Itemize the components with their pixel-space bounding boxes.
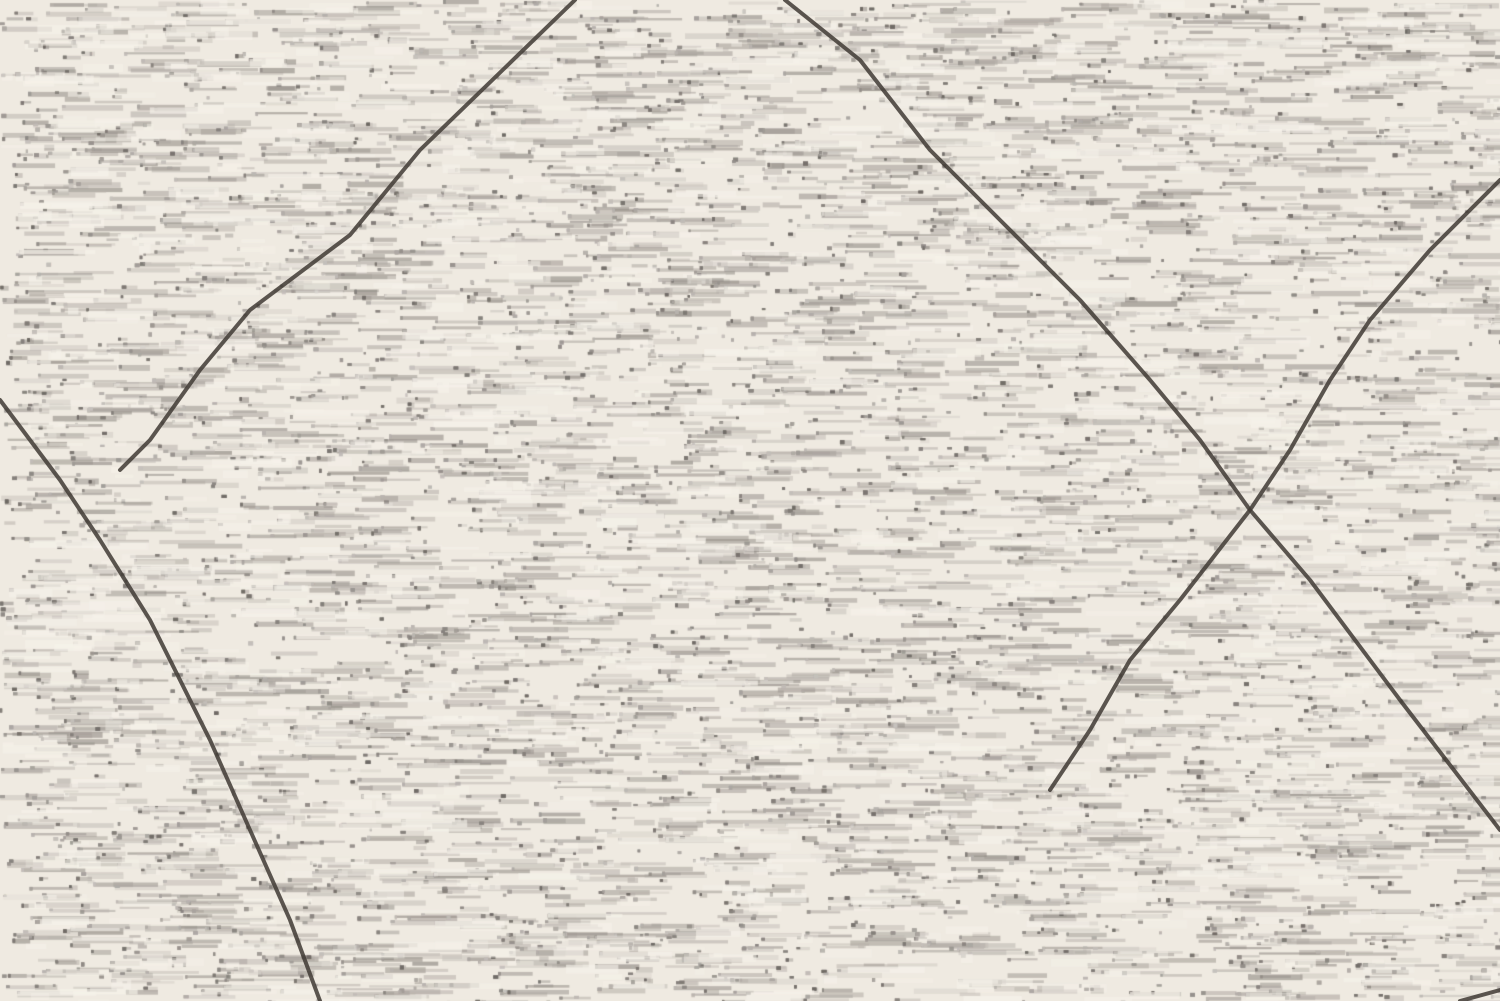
pattern-line (785, 0, 1500, 830)
pattern-line (1050, 180, 1500, 790)
pattern-line (0, 400, 320, 1001)
diamond-line-pattern (0, 0, 1500, 1001)
pattern-line (120, 0, 575, 470)
rug-photo (0, 0, 1500, 1001)
pattern-line (1460, 990, 1500, 1001)
